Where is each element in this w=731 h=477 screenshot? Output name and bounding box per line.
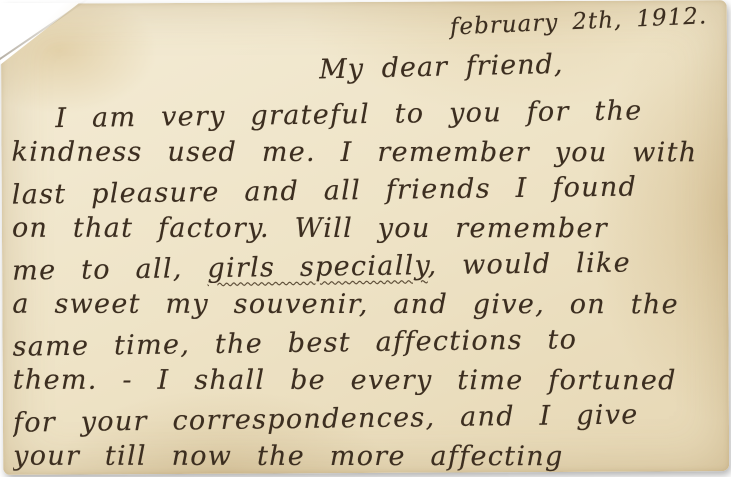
underlined-phrase: girls specially <box>207 250 428 284</box>
letter-line: them. - I shall be every time fortuned <box>13 362 725 401</box>
letter-line: I am very grateful to you for the <box>11 94 723 139</box>
letter-scan: february 2th, 1912. My dear friend, I am… <box>0 0 731 477</box>
letter-line-segment: me to all, <box>12 253 208 287</box>
letter-paper: february 2th, 1912. My dear friend, I am… <box>1 0 729 475</box>
letter-line: kindness used me. I remember you with <box>12 134 724 173</box>
letter-line: your till now the more affecting <box>13 438 725 477</box>
letter-date: february 2th, 1912. <box>449 3 707 40</box>
letter-line: last pleasure and all friends I found <box>12 167 724 214</box>
letter-line-segment: , would like <box>427 248 631 282</box>
letter-line: same time, the best affections to <box>12 319 724 366</box>
letter-salutation: My dear friend, <box>319 49 564 86</box>
letter-body: I am very grateful to you for the kindne… <box>11 94 725 477</box>
letter-line: a sweet my souvenir, and give, on the <box>12 286 724 325</box>
letter-line: on that factory. Will you remember <box>12 210 724 249</box>
letter-line: for your correspondences, and I give <box>13 395 725 442</box>
letter-line: me to all, girls specially, would like <box>12 243 724 290</box>
